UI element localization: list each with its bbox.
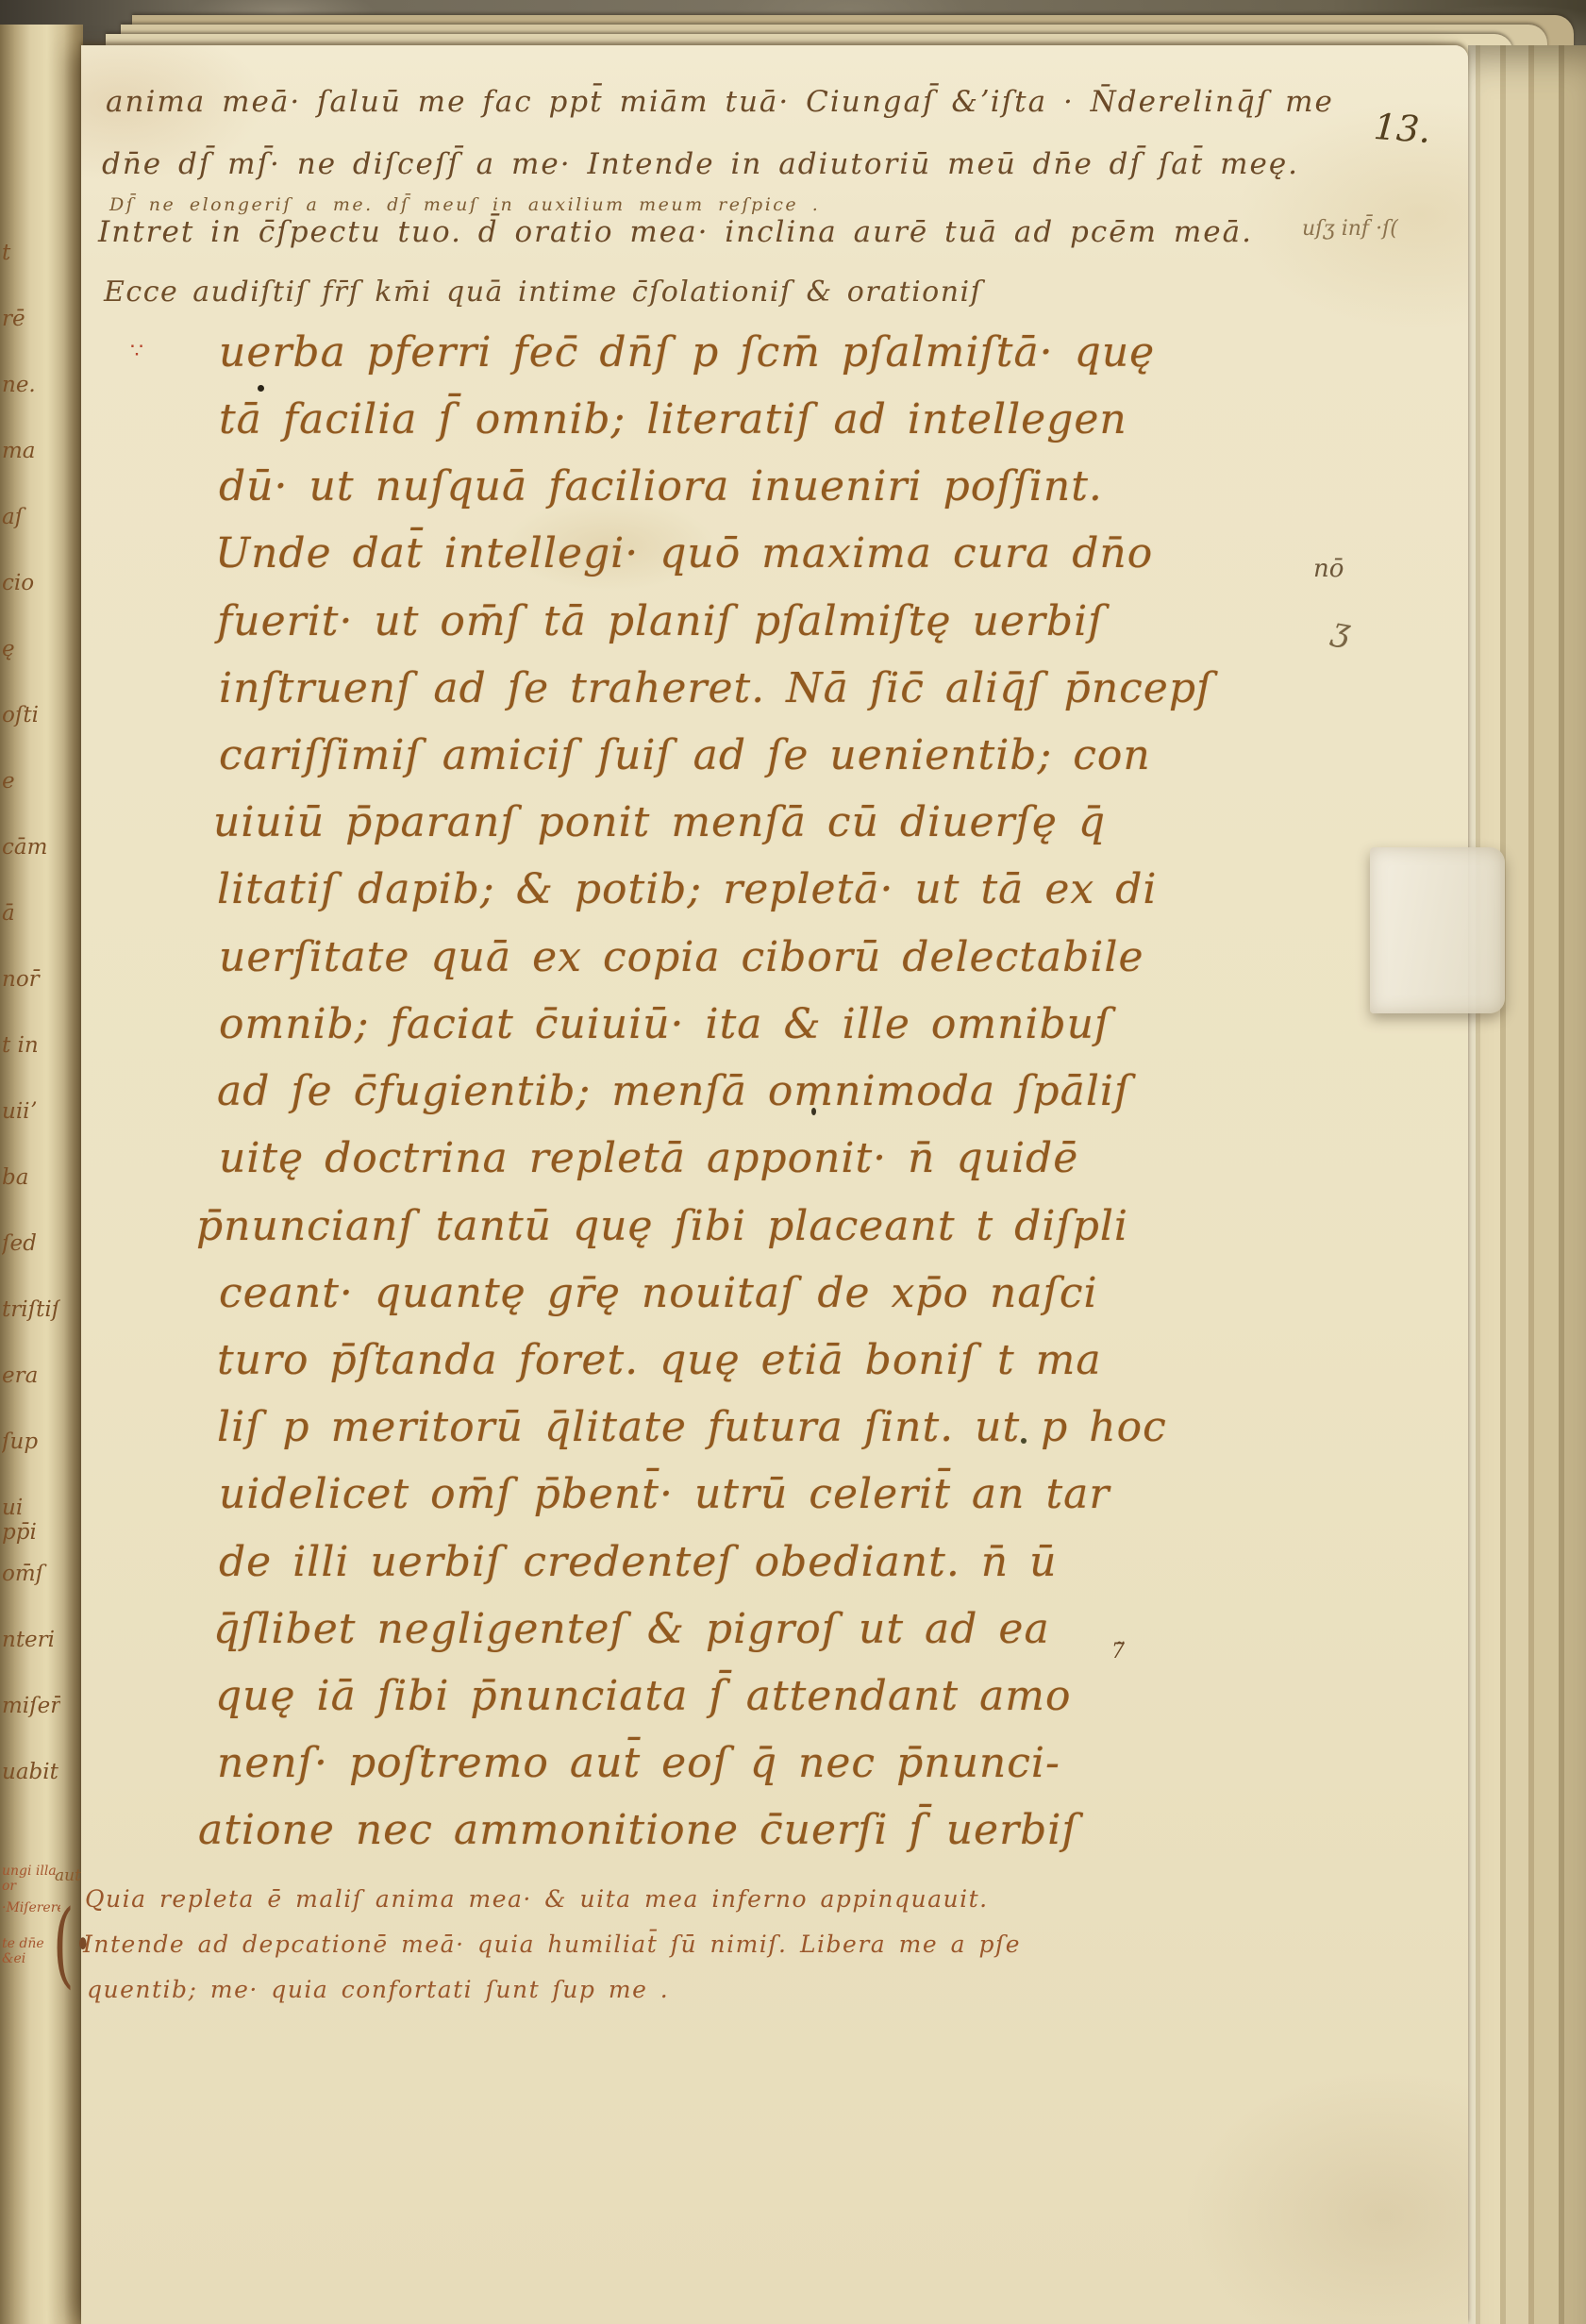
bottom-line-1: Quia repleta ē maliſ anima mea· & uita m…: [85, 1885, 989, 1913]
facing-page-fragment: ſup: [2, 1430, 60, 1454]
manuscript-page: 13. anima meā· ſaluū me fac ppt̄ miām tu…: [81, 45, 1468, 2324]
facing-page-fragment: rē: [2, 307, 60, 331]
main-text-line: q̄ſlibet negligenteſ & pigroſ ut ad ea: [213, 1605, 1050, 1653]
section-heading: Ecce audiſtiſ fr̄ſ km̄i quā intime c̄ſol…: [104, 276, 982, 309]
main-text-line: turo p̄ſtanda foret. quę etiā boniſ t ma: [217, 1336, 1102, 1384]
top-line-2: dn̄e dſ̄ mſ̄· ne diſceſſ̄ a me· Intende …: [102, 147, 1299, 181]
facing-page-fragment: t in: [2, 1033, 60, 1058]
main-text-line: tā facilia ſ̄ omnib; literatiſ ad intell…: [219, 395, 1127, 443]
facing-page-fragment: ā: [2, 901, 60, 926]
main-text-line: cariſſimiſ amiciſ ſuiſ ad ſe uenientib; …: [219, 731, 1151, 779]
main-text-line: uiuiū p̄paranſ ponit menſā cū diuerſę q̄: [213, 798, 1106, 846]
facing-page-fragment: triſtiſ: [2, 1297, 60, 1322]
facing-page-fragment: ba: [2, 1165, 60, 1190]
ink-speck: [811, 1108, 816, 1115]
margin-note-no: nō: [1313, 555, 1344, 583]
facing-page-fragment: ·Miſerere: [2, 1900, 60, 1915]
top-line-1: anima meā· ſaluū me fac ppt̄ miām tuā· C…: [106, 85, 1334, 119]
main-text-line: Unde dat̄ intellegi· quō maxima cura dn̄…: [215, 529, 1153, 577]
facing-page-fragment: te dn̄e &ei: [2, 1936, 60, 1966]
facing-page-fragment: ne.: [2, 373, 60, 397]
bookmark-tab: [1370, 847, 1505, 1013]
main-text-line: omnib; faciat c̄uiuiū· ita & ille omnibu…: [219, 1000, 1110, 1048]
facing-page-fragment: nor̄: [2, 967, 60, 992]
main-text-line: de illi uerbiſ credenteſ obediant. n̄ ū: [219, 1538, 1057, 1586]
main-text-line: dū· ut nuſquā faciliora inueniri poſſint…: [219, 462, 1103, 510]
facing-page-fragment: e: [2, 769, 60, 794]
main-text-line: liſ p meritorū q̄litate futura ſint. ut …: [217, 1403, 1167, 1451]
facing-page-fragment: cām: [2, 835, 60, 860]
facing-page-fragment: ui pp̄i: [2, 1496, 60, 1545]
facing-page-fragment: cio: [2, 571, 60, 595]
facing-page-fragment: ę: [2, 637, 60, 661]
interlinear-gloss: Dſ̄ ne elongeriſ a me. dſ̄ meuſ in auxil…: [109, 194, 820, 215]
margin-scribble: uſʒ inf̄ ·ſ(: [1302, 217, 1398, 241]
main-text-line: fuerit· ut om̄ſ tā planiſ pſalmiſtę uerb…: [217, 597, 1104, 645]
facing-page-fragment: nteri: [2, 1628, 60, 1652]
book-fore-edge: [1468, 45, 1586, 2324]
facing-page-fragment: miſer̄: [2, 1694, 60, 1718]
main-text-line: litatiſ dapib; & potib; repletā· ut tā e…: [217, 865, 1157, 913]
main-text-line: uidelicet om̄ſ p̄bent̄· utrū celerit̄ an…: [219, 1470, 1110, 1518]
bottom-line-3: quentib; me· quia confortati ſunt ſup me…: [87, 1976, 669, 2003]
manuscript-photo: t rē ne. ma aſ cio ę oſti e cām ā nor̄ t…: [0, 0, 1586, 2324]
main-text-line: uitę doctrina repletā apponit· n̄ quidē: [219, 1134, 1078, 1182]
top-line-3: Intret in c̄ſpectu tuo. d̄ oratio mea· i…: [98, 215, 1253, 249]
interlinear-insertion-mark: 7̃: [1111, 1640, 1125, 1664]
ink-speck: [258, 385, 264, 392]
folio-number: 13.: [1373, 106, 1432, 151]
facing-page-fragment: om̄ſ: [2, 1562, 60, 1586]
main-text-line: uerba pferri fec̄ dn̄ſ p ſcm̄ pſalmiſtā·…: [219, 328, 1155, 376]
main-text-line: nenſ· poſtremo aut̄ eoſ q̄ nec p̄nunci-: [217, 1739, 1060, 1787]
main-text-line: ad ſe c̄fugientib; menſā omnimoda ſpāliſ: [217, 1067, 1130, 1115]
facing-page-fragment: ma: [2, 439, 60, 463]
rubric-paragraph-mark: ∵: [130, 340, 143, 363]
bottom-margin-word: aut: [55, 1866, 81, 1885]
main-text-line: inſtruenſ ad ſe traheret. Nā ſic̄ aliq̄ſ…: [219, 664, 1212, 712]
facing-page-fragment: ungi illa or: [2, 1864, 60, 1894]
main-text-line: ceant· quantę gr̄ę nouitaſ de xp̄o naſci: [219, 1269, 1098, 1317]
main-text-line: quę iā ſibi p̄nunciata ſ̄ attendant amo: [215, 1672, 1072, 1720]
facing-page-fragment: aſ: [2, 505, 60, 529]
margin-squiggle: ʒ: [1329, 610, 1354, 651]
main-text-line: p̄nuncianſ tantū quę ſibi placeant t diſ…: [196, 1202, 1128, 1250]
main-text-line: atione nec ammonitione c̄uerſi ſ̄ uerbiſ: [198, 1806, 1078, 1854]
facing-page-fragment: uabit̄: [2, 1760, 60, 1784]
ink-speck: [1021, 1438, 1027, 1444]
facing-page-fragment: ſed: [2, 1231, 60, 1256]
bottom-line-2: Intende ad depcationē meā· quia humiliat…: [83, 1931, 1021, 1958]
facing-page-fragment: era: [2, 1363, 60, 1388]
main-text-line: uerſitate quā ex copia ciborū delectabil…: [219, 933, 1144, 981]
facing-page-fragment: uiiʼ: [2, 1099, 60, 1124]
facing-page-fragment: oſti: [2, 703, 60, 727]
facing-page-fragment: t: [2, 241, 60, 265]
